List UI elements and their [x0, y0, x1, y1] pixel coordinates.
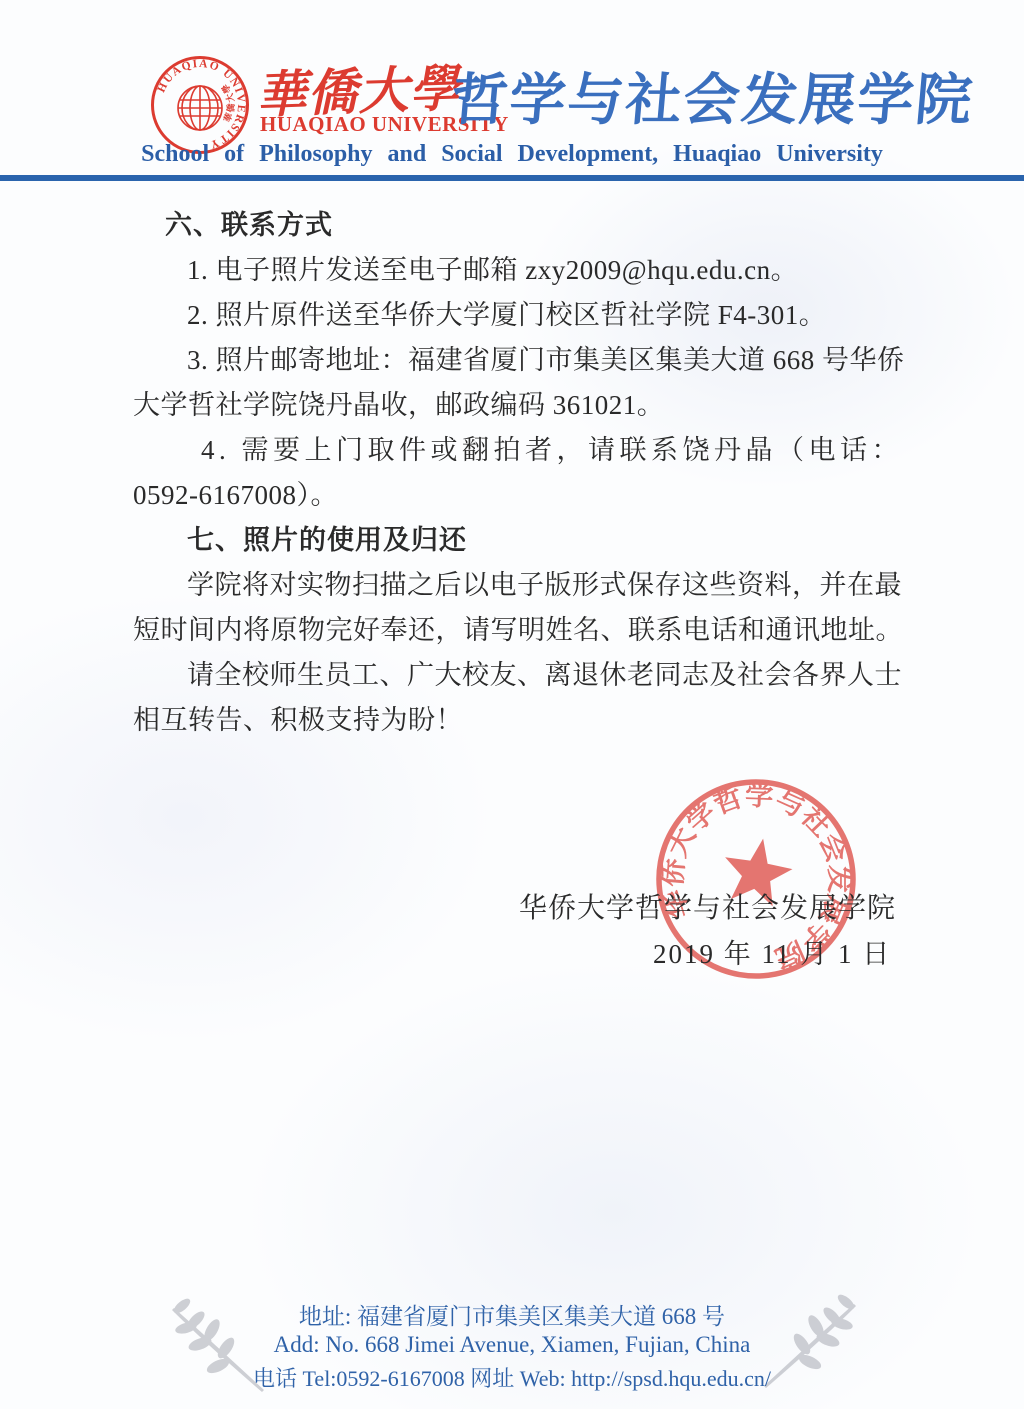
- university-name-calligraphy: 華僑大學: [255, 49, 457, 118]
- header-divider-rule: [0, 175, 1024, 181]
- body-line: 学院将对实物扫描之后以电子版形式保存这些资料，并在最: [133, 563, 885, 608]
- body-line: 4. 需要上门取件或翻拍者，请联系饶丹晶（电话：: [133, 428, 885, 473]
- section-heading: 七、照片的使用及归还: [133, 518, 885, 563]
- globe-icon: [178, 86, 222, 130]
- body-line: 大学哲社学院饶丹晶收，邮政编码 361021。: [133, 383, 885, 428]
- footer-tel-web: 电话 Tel:0592-6167008 网址 Web: http://spsd.…: [0, 1362, 1024, 1393]
- footer-address-en: Add: No. 668 Jimei Avenue, Xiamen, Fujia…: [0, 1332, 1024, 1358]
- body-line: 0592-6167008）。: [133, 473, 885, 518]
- signature-organization: 华侨大学哲学与社会发展学院: [519, 886, 896, 926]
- body-line: 2. 照片原件送至华侨大学厦门校区哲社学院 F4-301。: [133, 293, 885, 338]
- body-line: 相互转告、积极支持为盼！: [133, 698, 885, 743]
- body-line: 短时间内将原物完好奉还，请写明姓名、联系电话和通讯地址。: [133, 608, 885, 653]
- scanned-letter-page: HUAQIAO UNIVERSITY 華僑大學 華僑大學 HUAQIAO UNI…: [0, 0, 1024, 1409]
- school-name-english: School of Philosophy and Social Developm…: [0, 141, 1024, 168]
- school-name-calligraphy: 哲学与社会发展学院: [449, 56, 978, 136]
- body-line: 1. 电子照片发送至电子邮箱 zxy2009@hqu.edu.cn。: [133, 248, 885, 293]
- signature-date: 2019 年 11 月 1 日: [653, 932, 891, 971]
- footer-address-cn: 地址: 福建省厦门市集美区集美大道 668 号: [0, 1298, 1024, 1331]
- section-heading: 六、联系方式: [133, 203, 885, 248]
- letter-body: 六、联系方式 1. 电子照片发送至电子邮箱 zxy2009@hqu.edu.cn…: [133, 203, 885, 743]
- body-line: 3. 照片邮寄地址：福建省厦门市集美区集美大道 668 号华侨: [133, 338, 885, 383]
- body-line: 请全校师生员工、广大校友、离退休老同志及社会各界人士: [133, 653, 885, 698]
